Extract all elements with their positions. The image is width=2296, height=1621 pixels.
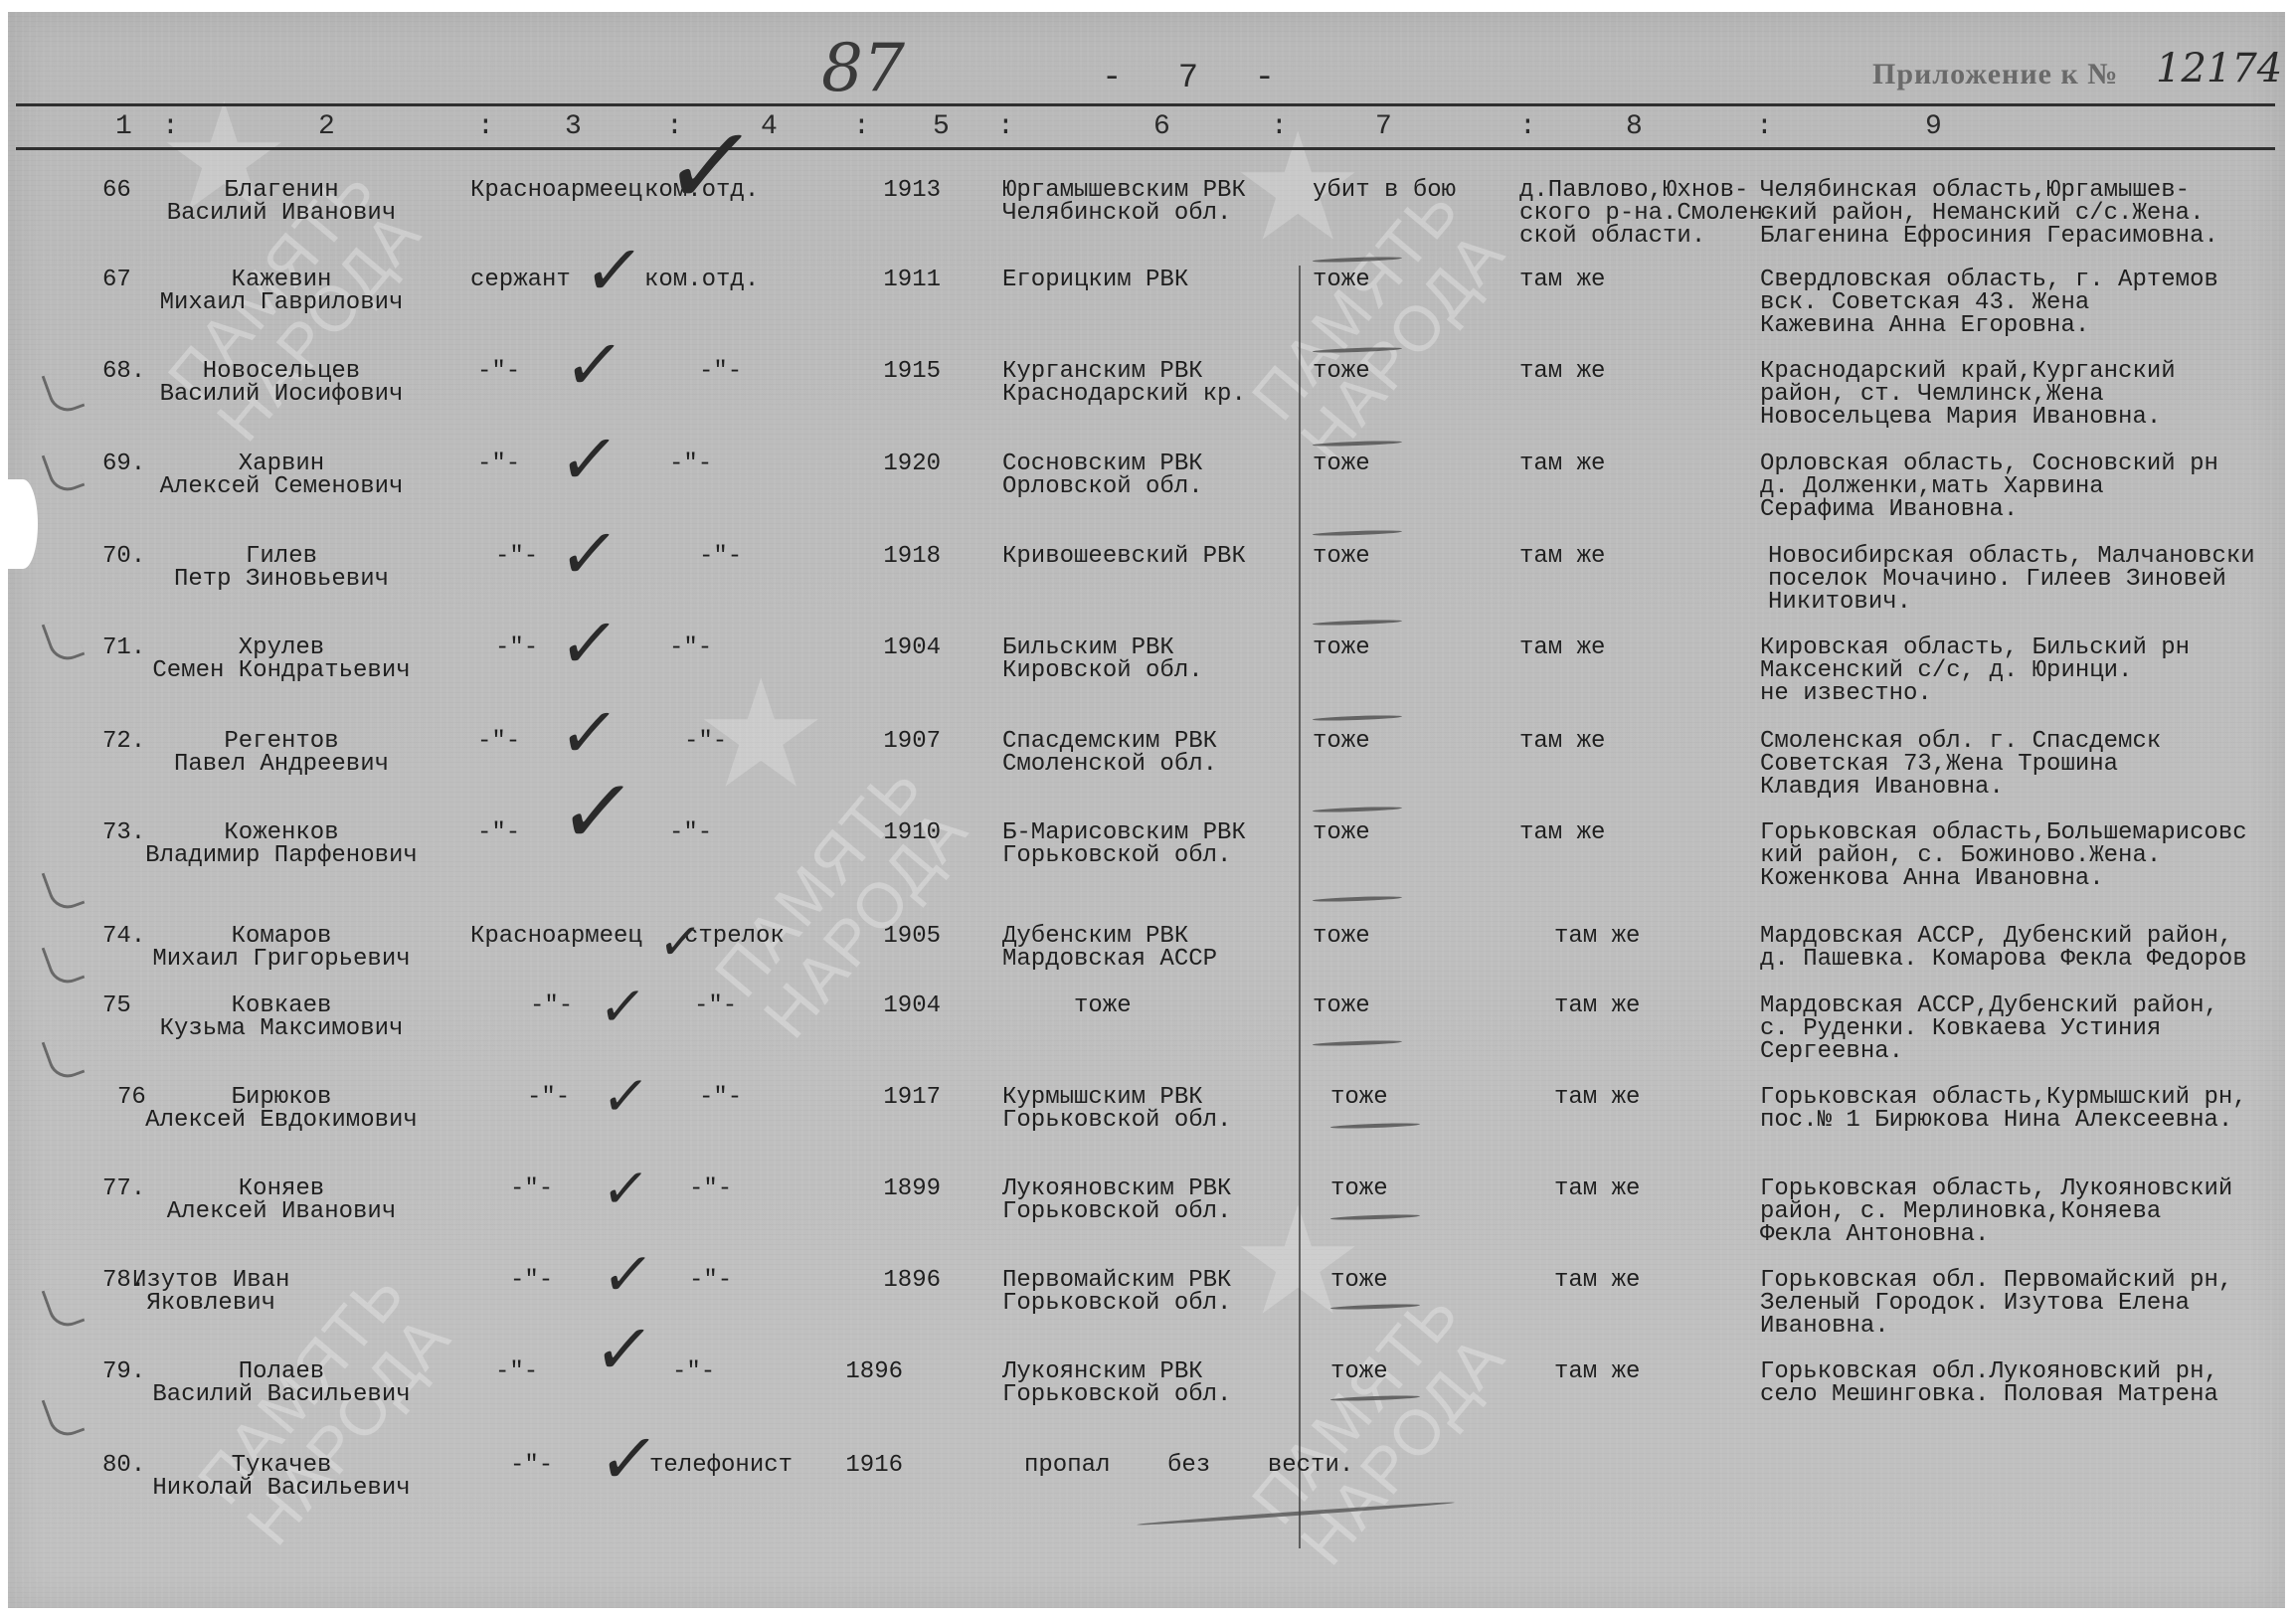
record-fate: тоже [1313,925,1370,948]
record-birth-year: 1904 [851,994,941,1017]
column-header-1: 1 [115,111,132,142]
record-draft-office: Бильским РВК Кировской обл. [1002,636,1203,682]
record-fate: тоже [1330,1269,1388,1292]
record-relative-address: Новосибирская область, Малчановски посел… [1768,545,2255,614]
record-birth-year: 1913 [851,179,941,202]
margin-checkmark-icon [42,863,86,914]
record-name: Благенин Василий Иванович [117,179,445,225]
given-names: Николай Васильевич [152,1475,410,1502]
record-relative-address: Краснодарский край,Курганский район, ст.… [1760,360,2176,429]
record-draft-office: Б-Марисовским РВК Горьковской обл. [1002,821,1246,867]
record-burial-place: там же [1519,452,1605,475]
record-fate: убит в бою [1313,179,1456,202]
pencil-strike [1313,256,1402,263]
record-birth-year: 1915 [851,360,941,383]
record-rank: -"- [477,730,520,753]
record-name: Бирюков Алексей Евдокимович [117,1086,445,1132]
record-position: -"- [699,1086,742,1109]
record-rank: -"- [495,636,538,659]
pencil-strike [1313,895,1402,902]
record-burial-place: там же [1519,730,1605,753]
record-position: -"- [684,730,727,753]
checkmark-icon: ✓ [560,330,627,400]
record-birth-year: 1896 [851,1269,941,1292]
record-position: ком.отд. [644,269,759,291]
record-birth-year: 1896 [813,1360,903,1383]
handwritten-page-number: 87 [821,30,905,106]
given-names: Алексей Иванович [167,1198,396,1225]
given-names: Алексей Евдокимович [145,1107,418,1134]
record-relative-address: Горьковская область,Курмышский рн, пос.№… [1760,1086,2247,1132]
record-burial-place: там же [1554,994,1640,1017]
checkmark-icon: ✓ [654,907,706,977]
record-relative-address: Орловская область, Сосновский рн д. Долж… [1760,452,2218,521]
checkmark-icon: ✓ [555,425,622,494]
record-name: Изутов Иван Яковлевич [132,1269,460,1315]
record-rank: -"- [530,994,573,1017]
record-name: Полаев Василий Васильевич [117,1360,445,1406]
record-relative-address: Мардовская АССР, Дубенский район, д. Паш… [1760,925,2247,971]
record-draft-office: Лукояновским РВК Горьковской обл. [1002,1177,1231,1223]
record-fate: тоже [1330,1086,1388,1109]
given-names: Яковлевич [146,1290,275,1317]
record-birth-year: 1920 [851,452,941,475]
record-name: Ковкаев Кузьма Максимович [117,994,445,1040]
given-names: Семен Кондратьевич [152,657,410,684]
column-header-row: 1 : 2 : 3 : 4 : 5 : 6 : 7 : 8 : 9 [8,111,2285,145]
record-relative-address: Горьковская обл. Первомайский рн, Зелены… [1760,1269,2232,1338]
torn-edge [8,479,38,569]
pencil-strike [1313,1039,1402,1046]
record-fate: тоже [1313,994,1370,1017]
checkmark-icon: ✓ [555,609,622,678]
record-rank: -"- [477,360,520,383]
column-header-6: 6 [1153,111,1170,142]
record-fate: тоже [1330,1360,1388,1383]
pencil-strike [1313,806,1402,812]
record-draft-office: Курмышским РВК Горьковской обл. [1002,1086,1231,1132]
record-fate: тоже [1313,452,1370,475]
given-names: Василий Иванович [167,200,396,227]
header-top-rule [16,103,2275,106]
record-burial-place: там же [1519,269,1605,291]
record-relative-address: Горьковская область, Лукояновский район,… [1760,1177,2232,1246]
record-fate: тоже [1313,360,1370,383]
column-separator: : [1519,111,1536,142]
record-name: Кажевин Михаил Гаврилович [117,269,445,314]
record-rank: Красноармеец [470,179,642,202]
pencil-strike [1137,1501,1454,1527]
record-birth-year: 1911 [851,269,941,291]
column-header-5: 5 [933,111,950,142]
given-names: Михаил Гаврилович [160,289,404,316]
column-separator: : [477,111,494,142]
record-relative-address: Челябинская область,Юргамышев- ский райо… [1760,179,2218,248]
column-pencil-line [1299,266,1301,1548]
record-rank: -"- [477,452,520,475]
record-draft-office: Сосновским РВК Орловской обл. [1002,452,1203,498]
record-fate: тоже [1330,1177,1388,1200]
margin-checkmark-icon [42,1281,86,1332]
appendix-number: 12174 [2156,46,2282,91]
record-draft-office: тоже [1074,994,1132,1017]
margin-checkmark-icon [42,366,86,417]
record-fate: тоже [1313,821,1370,844]
record-name: Коженков Владимир Парфенович [117,821,445,867]
checkmark-icon: ✓ [598,1240,657,1310]
record-relative-address: Свердловская область, г. Артемов вск. Со… [1760,269,2218,337]
appendix-label: Приложение к № [1872,58,2118,91]
record-relative-address: Горьковская область,Большемарисовс кий р… [1760,821,2247,890]
record-name: Новосельцев Василий Иосифович [117,360,445,406]
record-position: -"- [689,1269,732,1292]
record-position: -"- [669,636,712,659]
record-fate: тоже [1313,636,1370,659]
margin-checkmark-icon [42,1390,86,1441]
record-draft-office: Первомайским РВК Горьковской обл. [1002,1269,1231,1315]
record-draft-office: Юргамышевским РВК Челябинской обл. [1002,179,1246,225]
given-names: Алексей Семенович [160,473,404,500]
checkmark-icon: ✓ [555,519,622,589]
record-burial-place: там же [1554,1177,1640,1200]
column-separator: : [162,111,179,142]
record-position: -"- [699,360,742,383]
record-fate: тоже [1313,269,1370,291]
given-names: Павел Андреевич [174,751,389,778]
checkmark-icon: ✓ [555,698,622,768]
record-rank: -"- [495,545,538,568]
record-burial-place: там же [1519,545,1605,568]
record-position: -"- [672,1360,715,1383]
pencil-strike [1313,529,1402,536]
record-burial-place: там же [1554,1360,1640,1383]
record-position: -"- [669,452,712,475]
watermark-text: ПАМЯТЬ НАРОДА [1241,176,1518,472]
record-relative-address: Кировская область, Бильский рн Максенски… [1760,636,2190,705]
record-relative-address: Горьковская обл.Лукояновский рн, село Ме… [1760,1360,2218,1406]
pencil-strike [1313,346,1402,353]
record-rank: сержант [470,269,571,291]
record-position: -"- [689,1177,732,1200]
record-position: -"- [669,821,712,844]
record-name: Коняев Алексей Иванович [117,1177,445,1223]
record-name: Регентов Павел Андреевич [117,730,445,776]
record-relative-address: Мардовская АССР,Дубенский район, с. Руде… [1760,994,2218,1063]
given-names: Василий Васильевич [152,1381,410,1408]
given-names: Михаил Григорьевич [152,946,410,973]
record-name: Комаров Михаил Григорьевич [117,925,445,971]
record-rank: Красноармеец [470,925,642,948]
record-birth-year: 1910 [851,821,941,844]
record-birth-year: 1917 [851,1086,941,1109]
record-position: -"- [699,545,742,568]
column-header-9: 9 [1925,111,1942,142]
margin-checkmark-icon [42,938,86,989]
record-burial-place: там же [1519,360,1605,383]
margin-checkmark-icon [42,446,86,496]
record-name: Харвин Алексей Семенович [117,452,445,498]
record-rank: -"- [527,1086,570,1109]
column-separator: : [853,111,870,142]
record-relative-address: Смоленская обл. г. Спасдемск Советская 7… [1760,730,2161,799]
given-names: Владимир Парфенович [145,842,418,869]
record-name: Тукачев Николай Васильевич [117,1454,445,1500]
column-separator: : [1756,111,1773,142]
record-draft-office: Кривошеевский РВК [1002,545,1246,568]
record-draft-office: Спасдемским РВК Смоленской обл. [1002,730,1217,776]
record-rank: -"- [495,1360,538,1383]
checkmark-icon: ✓ [555,778,639,847]
record-birth-year: 1899 [851,1177,941,1200]
margin-checkmark-icon [42,1032,86,1083]
record-draft-office: Егорицким РВК [1002,269,1188,291]
checkmark-icon: ✓ [659,131,761,201]
record-name: Хрулев Семен Кондратьевич [117,636,445,682]
column-header-8: 8 [1626,111,1643,142]
record-fate: тоже [1313,545,1370,568]
column-header-2: 2 [318,111,335,142]
checkmark-icon: ✓ [598,1061,653,1131]
record-draft-office: Дубенским РВК Мардовская АССР [1002,925,1217,971]
record-position: телефонист [649,1454,793,1477]
column-header-4: 4 [761,111,778,142]
column-header-3: 3 [565,111,582,142]
watermark-text: ПАМЯТЬ НАРОДА [1241,1280,1518,1576]
checkmark-icon: ✓ [590,1315,657,1384]
record-burial-place: д.Павлово,Юхнов- ского р-на.Смолен- ской… [1519,179,1777,248]
sheet-number: - 7 - [1102,60,1293,97]
pencil-strike [1313,619,1402,626]
record-rank: -"- [510,1269,553,1292]
record-burial-place: там же [1554,925,1640,948]
pencil-strike [1330,1122,1420,1129]
checkmark-icon: ✓ [595,972,650,1041]
record-rank: -"- [477,821,520,844]
record-draft-office: Лукоянским РВК Горьковской обл. [1002,1360,1231,1406]
record-birth-year: 1905 [851,925,941,948]
column-separator: : [1271,111,1288,142]
record-rank: -"- [510,1454,553,1477]
checkmark-icon: ✓ [598,1154,653,1223]
pencil-strike [1330,1303,1420,1310]
pencil-strike [1313,440,1402,447]
record-birth-year: 1916 [813,1454,903,1477]
pencil-strike [1330,1213,1420,1220]
margin-checkmark-icon [42,615,86,665]
archival-document-sheet: ★ ПАМЯТЬ НАРОДА ★ ПАМЯТЬ НАРОДА ★ ПАМЯТЬ… [8,12,2285,1608]
pencil-strike [1330,1394,1420,1401]
header-bottom-rule [16,147,2275,150]
record-burial-place: там же [1554,1086,1640,1109]
record-birth-year: 1904 [851,636,941,659]
record-birth-year: 1907 [851,730,941,753]
record-rank: -"- [510,1177,553,1200]
given-names: Кузьма Максимович [160,1015,404,1042]
column-separator: : [997,111,1014,142]
record-fate-missing: пропал без вести. [1024,1454,1353,1477]
record-draft-office: Курганским РВК Краснодарский кр. [1002,360,1246,406]
pencil-strike [1313,714,1402,721]
given-names: Петр Зиновьевич [174,566,389,593]
record-burial-place: там же [1519,636,1605,659]
checkmark-icon: ✓ [580,236,647,305]
record-fate: тоже [1313,730,1370,753]
record-position: -"- [694,994,737,1017]
record-birth-year: 1918 [851,545,941,568]
record-name: Гилев Петр Зиновьевич [117,545,445,591]
record-burial-place: там же [1519,821,1605,844]
record-burial-place: там же [1554,1269,1640,1292]
checkmark-icon: ✓ [595,1424,662,1494]
column-header-7: 7 [1375,111,1392,142]
given-names: Василий Иосифович [160,381,404,408]
